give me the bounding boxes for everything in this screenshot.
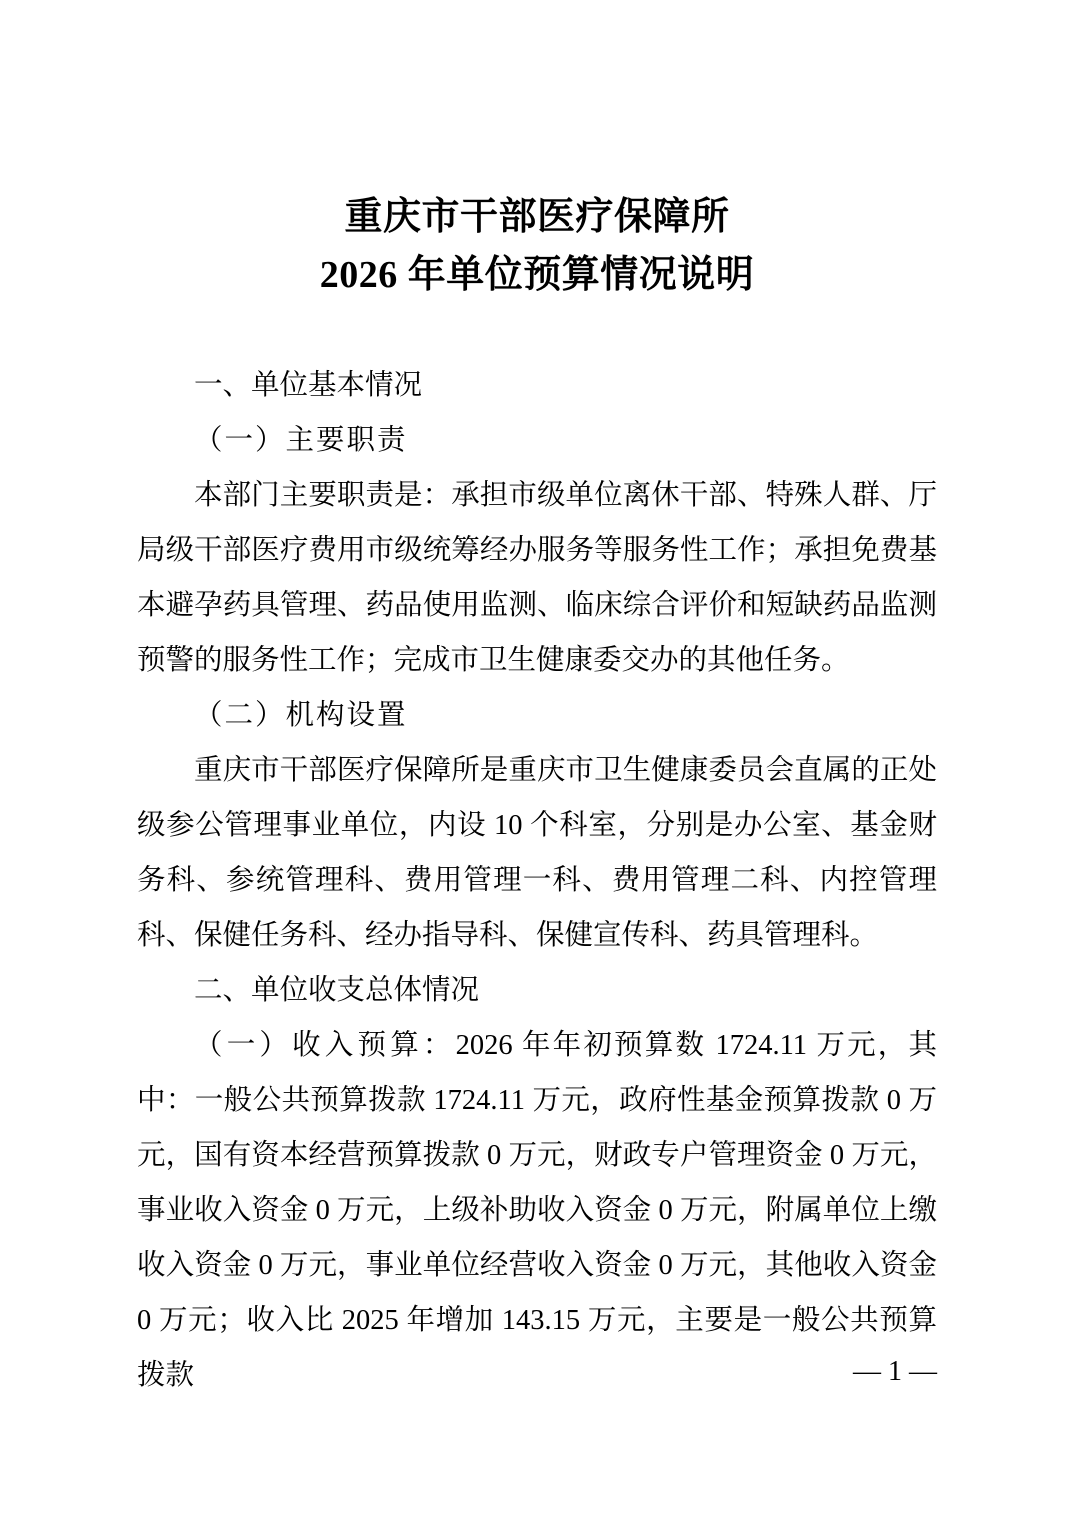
paragraph-org-setup: 重庆市干部医疗保障所是重庆市卫生健康委员会直属的正处级参公管理事业单位，内设 1… xyxy=(137,743,937,963)
document-body: 一、单位基本情况 （一）主要职责 本部门主要职责是：承担市级单位离休干部、特殊人… xyxy=(137,358,937,1403)
subsection-heading-main-duties: （一）主要职责 xyxy=(137,413,937,468)
page-content: 重庆市干部医疗保障所 2026 年单位预算情况说明 一、单位基本情况 （一）主要… xyxy=(137,0,937,1403)
section-heading-unit-basic: 一、单位基本情况 xyxy=(137,358,937,413)
paragraph-main-duties: 本部门主要职责是：承担市级单位离休干部、特殊人群、厅局级干部医疗费用市级统筹经办… xyxy=(137,468,937,688)
document-title-line2: 2026 年单位预算情况说明 xyxy=(137,246,937,304)
paragraph-income-budget: （一）收入预算：2026 年年初预算数 1724.11 万元，其中：一般公共预算… xyxy=(137,1018,937,1403)
page-number: — 1 — xyxy=(853,1352,937,1392)
document-title: 重庆市干部医疗保障所 2026 年单位预算情况说明 xyxy=(137,0,937,304)
income-budget-text: 2026 年年初预算数 1724.11 万元，其中：一般公共预算拨款 1724.… xyxy=(137,1030,937,1391)
subsection-heading-org-setup: （二）机构设置 xyxy=(137,688,937,743)
section-heading-budget-overview: 二、单位收支总体情况 xyxy=(137,963,937,1018)
income-budget-lead-label: （一）收入预算： xyxy=(194,1030,456,1061)
document-title-line1: 重庆市干部医疗保障所 xyxy=(137,188,937,246)
document-page: { "colors": { "text": "#000000", "backgr… xyxy=(0,0,1074,1520)
